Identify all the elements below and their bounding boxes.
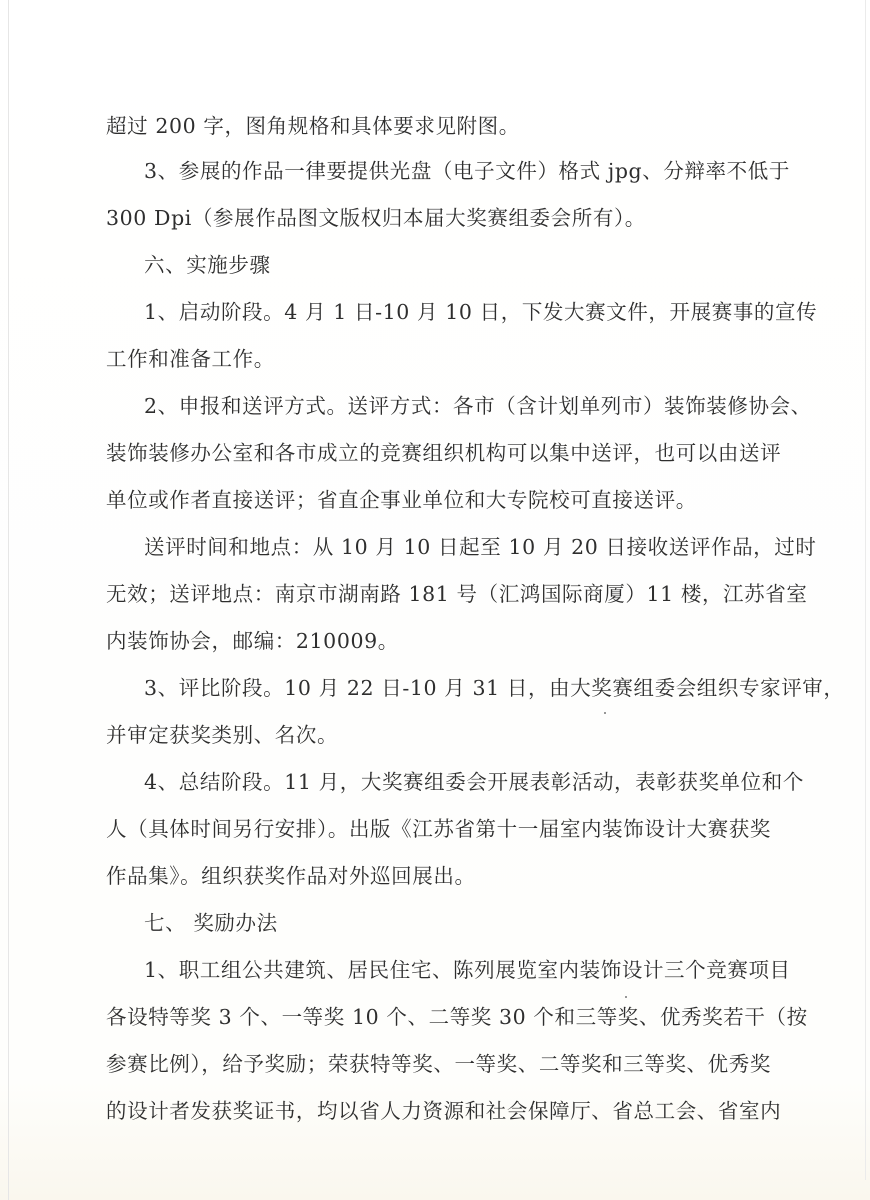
text-line: 4、总结阶段。11 月，大奖赛组委会开展表彰活动，表彰获奖单位和个 xyxy=(144,768,804,796)
text-line: 1、启动阶段。4 月 1 日-10 月 10 日，下发大赛文件，开展赛事的宣传 xyxy=(144,298,817,326)
text-line: 超过 200 字，图角规格和具体要求见附图。 xyxy=(106,112,520,140)
text-line: 参赛比例），给予奖励；荣获特等奖、一等奖、二等奖和三等奖、优秀奖 xyxy=(106,1050,771,1078)
text-line: 1、职工组公共建筑、居民住宅、陈列展览室内装饰设计三个竞赛项目 xyxy=(144,956,791,984)
text-line: 3、参展的作品一律要提供光盘（电子文件）格式 jpg、分辩率不低于 xyxy=(144,157,790,185)
text-line: 3、评比阶段。10 月 22 日-10 月 31 日，由大奖赛组委会组织专家评审… xyxy=(144,674,845,702)
scan-edge-left xyxy=(8,0,9,1200)
text-line: 无效；送评地点：南京市湖南路 181 号（汇鸿国际商厦）11 楼，江苏省室 xyxy=(106,580,807,608)
section-heading: 六、实施步骤 xyxy=(144,251,271,279)
page-number: 3 xyxy=(0,1101,870,1113)
scan-edge-right xyxy=(865,0,866,1180)
text-line: 内装饰协会，邮编：210009。 xyxy=(106,627,399,655)
text-line: 作品集》。组织获奖作品对外巡回展出。 xyxy=(106,862,476,890)
text-line: 300 Dpi（参展作品图文版权归本届大奖赛组委会所有）。 xyxy=(106,204,646,232)
scan-speck xyxy=(604,712,606,714)
text-line: 各设特等奖 3 个、一等奖 10 个、二等奖 30 个和三等奖、优秀奖若干（按 xyxy=(106,1003,808,1031)
section-heading: 七、 奖励办法 xyxy=(144,909,278,937)
scan-speck xyxy=(625,996,627,998)
text-line: 单位或作者直接送评；省直企事业单位和大专院校可直接送评。 xyxy=(106,486,697,514)
text-line: 装饰装修办公室和各市成立的竞赛组织机构可以集中送评，也可以由送评 xyxy=(106,439,781,467)
text-line: 人（具体时间另行安排）。出版《江苏省第十一届室内装饰设计大赛获奖 xyxy=(106,815,771,843)
text-line: 工作和准备工作。 xyxy=(106,345,275,373)
text-line: 并审定获奖类别、名次。 xyxy=(106,721,338,749)
text-line: 2、申报和送评方式。送评方式：各市（含计划单列市）装饰装修协会、 xyxy=(144,392,812,420)
text-line: 送评时间和地点：从 10 月 10 日起至 10 月 20 日接收送评作品，过时 xyxy=(144,533,816,561)
scanned-page: 超过 200 字，图角规格和具体要求见附图。 3、参展的作品一律要提供光盘（电子… xyxy=(0,0,870,1200)
